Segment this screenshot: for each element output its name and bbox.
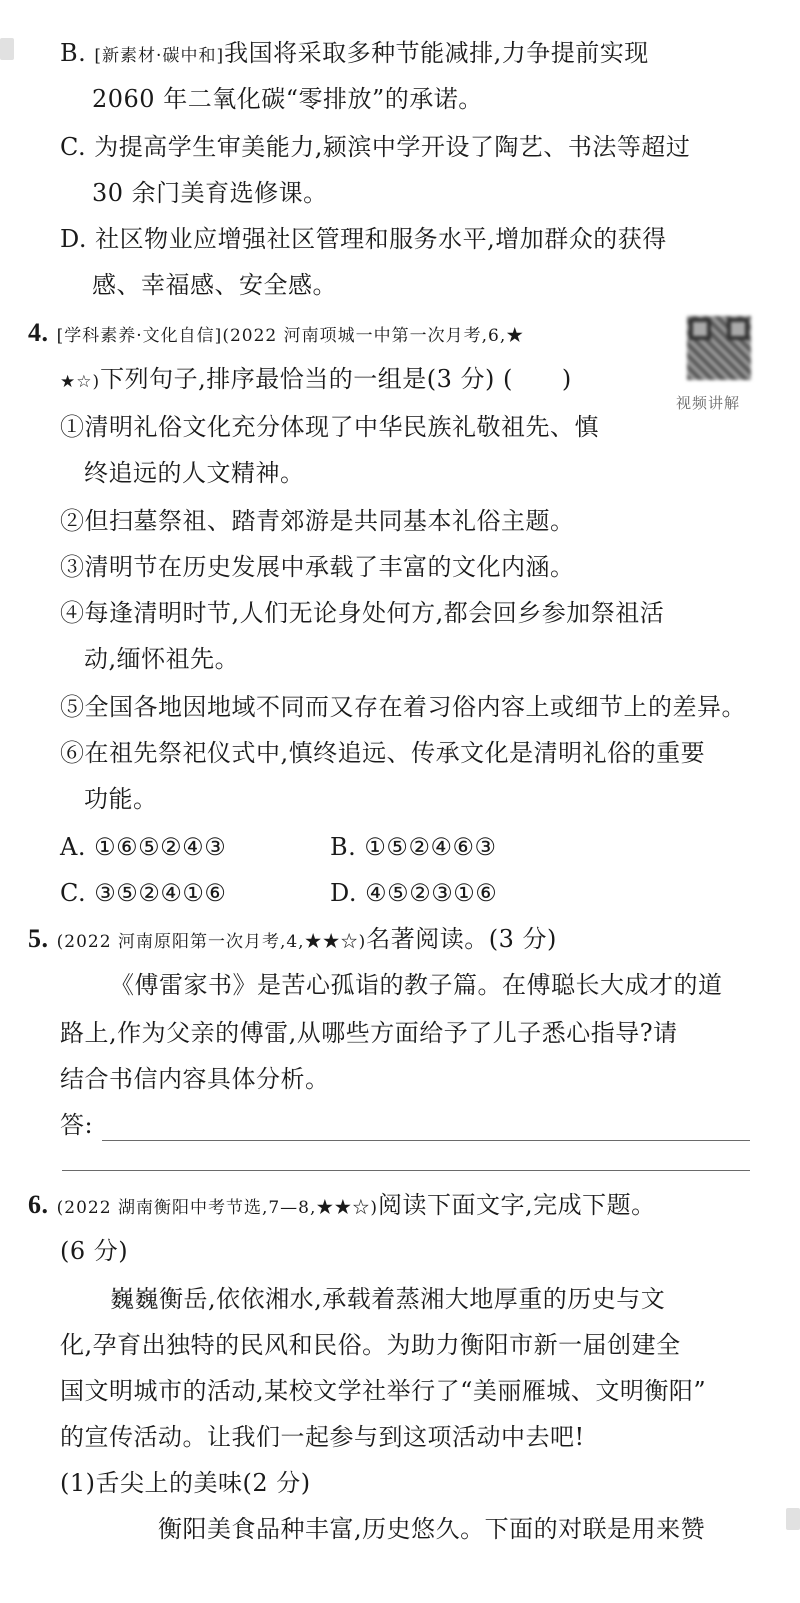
sentence-1-line1: ①清明礼俗文化充分体现了中华民族礼敬祖先、慎 xyxy=(60,412,599,442)
question-title: 阅读下面文字,完成下题。 xyxy=(378,1191,656,1219)
option-letter: C. xyxy=(60,133,86,161)
option-text: 社区物业应增强社区管理和服务水平,增加群众的获得 xyxy=(95,225,667,253)
option-c-line1: C. 为提高学生审美能力,颍滨中学开设了陶艺、书法等超过 xyxy=(60,132,690,162)
q4-header-line1: 4. [学科素养·文化自信](2022 河南项城一中第一次月考,6,★ xyxy=(28,318,524,351)
q6-header: 6. (2022 湖南衡阳中考节选,7—8,★★☆)阅读下面文字,完成下题。 xyxy=(28,1190,656,1223)
qr-label: 视频讲解 xyxy=(676,392,740,413)
option-d-line1: D. 社区物业应增强社区管理和服务水平,增加群众的获得 xyxy=(60,224,667,254)
q5-body-line3: 结合书信内容具体分析。 xyxy=(60,1064,330,1094)
q5-header: 5. (2022 河南原阳第一次月考,4,★★☆)名著阅读。(3 分) xyxy=(28,924,557,957)
answer-label: 答: xyxy=(60,1110,93,1140)
choice-value: ①⑥⑤②④③ xyxy=(94,833,226,861)
question-number: 5. xyxy=(28,924,49,953)
qr-code-icon[interactable] xyxy=(687,316,751,380)
choice-d[interactable]: D. ④⑤②③①⑥ xyxy=(330,878,497,908)
sentence-5: ⑤全国各地因地域不同而又存在着习俗内容上或细节上的差异。 xyxy=(60,692,746,722)
option-letter: B. xyxy=(60,39,86,67)
answer-line-1[interactable] xyxy=(102,1140,750,1141)
sentence-2: ②但扫墓祭祖、踏青郊游是共同基本礼俗主题。 xyxy=(60,506,575,536)
sub-question-1-title: (1)舌尖上的美味(2 分) xyxy=(60,1468,311,1498)
answer-line-2[interactable] xyxy=(62,1170,750,1171)
question-prompt: 下列句子,排序最恰当的一组是(3 分) ( ) xyxy=(100,365,572,393)
passage-line4: 的宣传活动。让我们一起参与到这项活动中去吧! xyxy=(60,1422,585,1452)
passage-line1: 巍巍衡岳,依依湘水,承载着蒸湘大地厚重的历史与文 xyxy=(110,1284,665,1314)
q5-body-line2: 路上,作为父亲的傅雷,从哪些方面给予了儿子悉心指导?请 xyxy=(60,1018,678,1048)
choice-c[interactable]: C. ③⑤②④①⑥ xyxy=(60,878,226,908)
question-source: (2022 湖南衡阳中考节选,7—8,★★☆) xyxy=(57,1198,378,1218)
choice-value: ④⑤②③①⑥ xyxy=(365,879,497,907)
passage-line3: 国文明城市的活动,某校文学社举行了“美丽雁城、文明衡阳” xyxy=(60,1376,706,1406)
sentence-4-line2: 动,缅怀祖先。 xyxy=(84,644,239,674)
option-b-line2: 2060 年二氧化碳“零排放”的承诺。 xyxy=(92,84,483,114)
question-source: (2022 河南项城一中第一次月考,6,★ xyxy=(222,326,524,346)
choice-letter: C. xyxy=(60,879,86,907)
choice-value: ③⑤②④①⑥ xyxy=(94,879,226,907)
q6-score: (6 分) xyxy=(60,1236,128,1266)
option-letter: D. xyxy=(60,225,87,253)
choice-letter: A. xyxy=(60,833,86,861)
question-number: 4. xyxy=(28,318,49,347)
sentence-1-line2: 终追远的人文精神。 xyxy=(84,458,305,488)
literacy-tag: [学科素养·文化自信] xyxy=(57,326,223,346)
option-d-line2: 感、幸福感、安全感。 xyxy=(92,270,337,300)
question-title: 名著阅读。(3 分) xyxy=(366,925,557,953)
passage-line2: 化,孕育出独特的民风和民俗。为助力衡阳市新一届创建全 xyxy=(60,1330,681,1360)
sentence-6-line1: ⑥在祖先祭祀仪式中,慎终追远、传承文化是清明礼俗的重要 xyxy=(60,738,705,768)
difficulty-stars: ★☆) xyxy=(60,372,100,392)
sentence-3: ③清明节在历史发展中承载了丰富的文化内涵。 xyxy=(60,552,575,582)
option-c-line2: 30 余门美育选修课。 xyxy=(92,178,328,208)
option-text: 我国将采取多种节能减排,力争提前实现 xyxy=(224,39,649,67)
choice-letter: B. xyxy=(330,833,356,861)
choice-letter: D. xyxy=(330,879,357,907)
option-text: 为提高学生审美能力,颍滨中学开设了陶艺、书法等超过 xyxy=(94,133,690,161)
sentence-4-line1: ④每逢清明时节,人们无论身处何方,都会回乡参加祭祖活 xyxy=(60,598,664,628)
sub-question-1-line1: 衡阳美食品种丰富,历史悠久。下面的对联是用来赞 xyxy=(158,1514,705,1544)
page-edge-mark xyxy=(786,1508,800,1530)
sentence-6-line2: 功能。 xyxy=(84,784,158,814)
material-tag: [新素材·碳中和] xyxy=(94,46,224,66)
q5-body-line1: 《傅雷家书》是苦心孤诣的教子篇。在傅聪长大成才的道 xyxy=(110,970,723,1000)
question-number: 6. xyxy=(28,1190,49,1219)
option-b-line1: B. [新素材·碳中和]我国将采取多种节能减排,力争提前实现 xyxy=(60,38,649,71)
choice-value: ①⑤②④⑥③ xyxy=(364,833,496,861)
question-source: (2022 河南原阳第一次月考,4,★★☆) xyxy=(57,932,367,952)
choice-a[interactable]: A. ①⑥⑤②④③ xyxy=(60,832,226,862)
q4-header-line2: ★☆)下列句子,排序最恰当的一组是(3 分) ( ) xyxy=(60,364,572,397)
page-edge-mark xyxy=(0,38,14,60)
choice-b[interactable]: B. ①⑤②④⑥③ xyxy=(330,832,497,862)
